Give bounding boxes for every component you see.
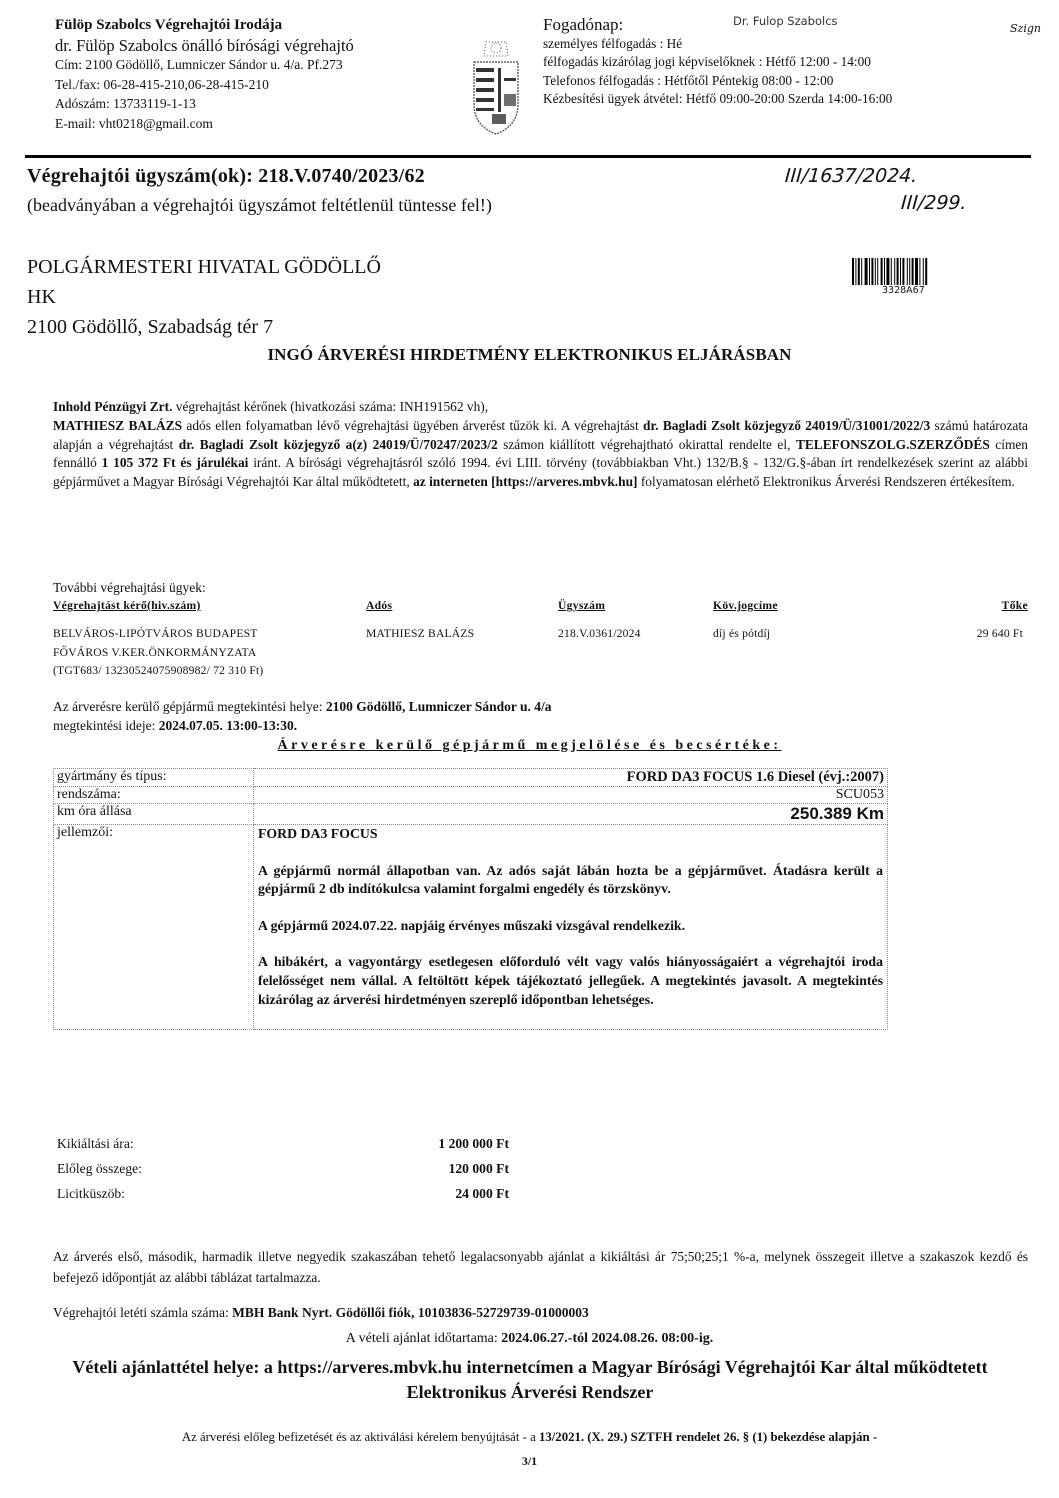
viewing-time-label: megtekintési ideje: (53, 718, 159, 733)
handwritten-registration: III/1637/2024. III/299. (782, 163, 969, 217)
reception-line: Telefonos félfogadás : Hétfőtől Péntekig… (543, 72, 892, 91)
office-tax-id: Adószám: 13733119-1-13 (55, 94, 354, 114)
table-cell-case-number: 218.V.0361/2024 (558, 625, 641, 644)
table-row: rendszáma: SCU053 (54, 787, 888, 804)
handwritten-line: III/1637/2024. (784, 163, 969, 190)
auction-stages-text: Az árverés első, második, harmadik illet… (53, 1246, 1028, 1288)
column-header-capital: Tőke (1002, 599, 1028, 612)
creditor-name: Inhold Pénzügyi Zrt. (53, 399, 172, 414)
vehicle-table: gyártmány és típus: FORD DA3 FOCUS 1.6 D… (53, 768, 888, 1030)
offer-place: Vételi ajánlattétel helye: a https://arv… (60, 1355, 1000, 1405)
notary-document: dr. Bagladi Zsolt közjegyző a(z) 24019/Ü… (179, 437, 498, 452)
escrow-account: Végrehajtói letéti számla száma: MBH Ban… (53, 1305, 589, 1321)
column-header-creditor: Végrehajtást kérő(hiv.szám) (53, 599, 201, 612)
stamp-name: Dr. Fulop Szabolcs (733, 14, 838, 28)
vehicle-label: rendszáma: (54, 787, 254, 804)
office-address: Cím: 2100 Gödöllő, Lumniczer Sándor u. 4… (55, 55, 354, 75)
vehicle-label: km óra állása (54, 804, 254, 825)
intro-paragraph: Inhold Pénzügyi Zrt. végrehajtást kérőne… (53, 398, 1028, 492)
column-header-case-number: Ügyszám (558, 599, 605, 612)
offer-period-label: A vételi ajánlat időtartama: (346, 1331, 502, 1346)
creditor-line: (TGT683/ 13230524075908982/ 72 310 Ft) (53, 662, 264, 681)
viewing-place: 2100 Gödöllő, Lumniczer Sándor u. 4/a (326, 699, 552, 714)
account-number: MBH Bank Nyrt. Gödöllői fiók, 10103836-5… (232, 1305, 589, 1320)
debtor-name: MATHIESZ BALÁZS (53, 418, 182, 433)
vehicle-label: gyártmány és típus: (54, 769, 254, 787)
table-row: gyártmány és típus: FORD DA3 FOCUS 1.6 D… (54, 769, 888, 787)
notary-decision: dr. Bagladi Zsolt közjegyző 24019/Ü/3100… (643, 418, 930, 433)
document-title: INGÓ ÁRVERÉSI HIRDETMÉNY ELEKTRONIKUS EL… (0, 345, 1059, 365)
intro-text: számon kiállított végrehajtható okiratta… (498, 437, 796, 452)
table-row: km óra állása 250.389 Km (54, 804, 888, 825)
vehicle-odometer: 250.389 Km (254, 804, 888, 825)
offer-period-value: 2024.06.27.-tól 2024.08.26. 08:00-ig. (501, 1331, 713, 1346)
table-cell-claim-title: díj és pótdíj (713, 625, 770, 644)
viewing-info: Az árverésre kerülő gépjármű megtekintés… (53, 697, 552, 735)
viewing-place-label: Az árverésre kerülő gépjármű megtekintés… (53, 699, 326, 714)
price-row: Előleg összege:120 000 Ft (57, 1156, 509, 1181)
office-email[interactable]: E-mail: vht0218@gmail.com (55, 114, 354, 134)
price-label: Licitküszöb: (57, 1181, 125, 1206)
reception-title: Fogadónap: (543, 16, 892, 35)
price-row: Licitküszöb:24 000 Ft (57, 1181, 509, 1206)
feature-paragraph: FORD DA3 FOCUS (258, 825, 883, 844)
deposit-amount: 120 000 Ft (449, 1156, 509, 1181)
bid-increment: 24 000 Ft (455, 1181, 509, 1206)
offer-period: A vételi ajánlat időtartama: 2024.06.27.… (0, 1331, 1059, 1347)
feature-paragraph: A gépjármű 2024.07.22. napjáig érvényes … (258, 917, 883, 936)
creditor-line: FŐVÁROS V.KER.ÖNKORMÁNYZATA (53, 644, 264, 663)
intro-text: végrehajtást kérőnek (hivatkozási száma:… (172, 399, 488, 414)
price-list: Kikiáltási ára:1 200 000 Ft Előleg össze… (57, 1131, 509, 1206)
viewing-time: 2024.07.05. 13:00-13:30. (159, 718, 297, 733)
auction-url[interactable]: az interneten [https://arveres.mbvk.hu] (413, 474, 637, 489)
price-row: Kikiáltási ára:1 200 000 Ft (57, 1131, 509, 1156)
creditor-line: BELVÁROS-LIPÓTVÁROS BUDAPEST (53, 625, 264, 644)
table-cell-creditor: BELVÁROS-LIPÓTVÁROS BUDAPEST FŐVÁROS V.K… (53, 625, 264, 681)
recipient-address: 2100 Gödöllő, Szabadság tér 7 (27, 312, 381, 342)
further-cases-title: További végrehajtási ügyek: (53, 580, 206, 596)
feature-paragraph: A hibákért, a vagyontárgy esetlegesen el… (258, 953, 883, 1009)
barcode-icon (852, 258, 964, 285)
recipient-line2: HK (27, 282, 381, 312)
vehicle-features: FORD DA3 FOCUS A gépjármű normál állapot… (254, 825, 888, 1030)
price-label: Előleg összege: (57, 1156, 142, 1181)
vehicle-section-title: Árverésre kerülő gépjármű megjelölése és… (0, 738, 1059, 754)
intro-text: folyamatosan elérhető Elektronikus Árver… (637, 474, 1014, 489)
table-cell-debtor: MATHIESZ BALÁZS (366, 625, 474, 644)
handwritten-line: III/299. (782, 190, 967, 217)
feature-paragraph: A gépjármű normál állapotban van. Az adó… (258, 862, 883, 899)
reception-hours: Fogadónap: személyes félfogadás : Hé fél… (543, 16, 892, 109)
page-number: 3/1 (0, 1454, 1059, 1469)
footer-note: Az árverési előleg befizetését és az akt… (0, 1430, 1059, 1445)
recipient-block: POLGÁRMESTERI HIVATAL GÖDÖLLŐ HK 2100 Gö… (27, 252, 381, 342)
barcode-number: 3328A67 (882, 285, 925, 296)
coat-of-arms-icon (468, 38, 524, 136)
table-row: jellemzői: FORD DA3 FOCUS A gépjármű nor… (54, 825, 888, 1030)
table-cell-capital: 29 640 Ft (977, 625, 1023, 644)
office-title: Fülöp Szabolcs Végrehajtói Irodája (55, 16, 354, 36)
office-phone: Tel./fax: 06-28-415-210,06-28-415-210 (55, 75, 354, 95)
vehicle-label: jellemzői: (54, 825, 254, 1030)
vehicle-plate: SCU053 (254, 787, 888, 804)
column-header-debtor: Adós (366, 599, 392, 612)
footer-text: Az árverési előleg befizetését és az akt… (182, 1430, 539, 1444)
claim-title: TELEFONSZOLG.SZERZŐDÉS (796, 437, 990, 452)
column-header-claim-title: Köv.jogcíme (713, 599, 778, 612)
header-divider (25, 155, 1031, 158)
account-label: Végrehajtói letéti számla száma: (53, 1305, 232, 1320)
recipient-name: POLGÁRMESTERI HIVATAL GÖDÖLLŐ (27, 252, 381, 282)
case-number-note: (beadványában a végrehajtói ügyszámot fe… (27, 195, 492, 216)
starting-price: 1 200 000 Ft (438, 1131, 509, 1156)
case-number: Végrehajtói ügyszám(ok): 218.V.0740/2023… (27, 165, 425, 188)
reception-line: félfogadás kizárólag jogi képviselőknek … (543, 53, 892, 72)
intro-text: adós ellen folyamatban lévő végrehajtási… (182, 418, 643, 433)
office-header: Fülöp Szabolcs Végrehajtói Irodája dr. F… (55, 16, 354, 133)
price-label: Kikiáltási ára: (57, 1131, 134, 1156)
footer-regulation: 13/2021. (X. 29.) SZTFH rendelet 26. § (… (539, 1430, 877, 1444)
reception-line: személyes félfogadás : Hé (543, 35, 892, 54)
officer-name: dr. Fülöp Szabolcs önálló bírósági végre… (55, 36, 354, 56)
reception-line: Kézbesítési ügyek átvétel: Hétfő 09:00-2… (543, 90, 892, 109)
claim-amount: 1 105 372 Ft és járulékai (102, 455, 249, 470)
vehicle-make-type: FORD DA3 FOCUS 1.6 Diesel (évj.:2007) (254, 769, 888, 787)
signature: Szign (1010, 22, 1041, 35)
